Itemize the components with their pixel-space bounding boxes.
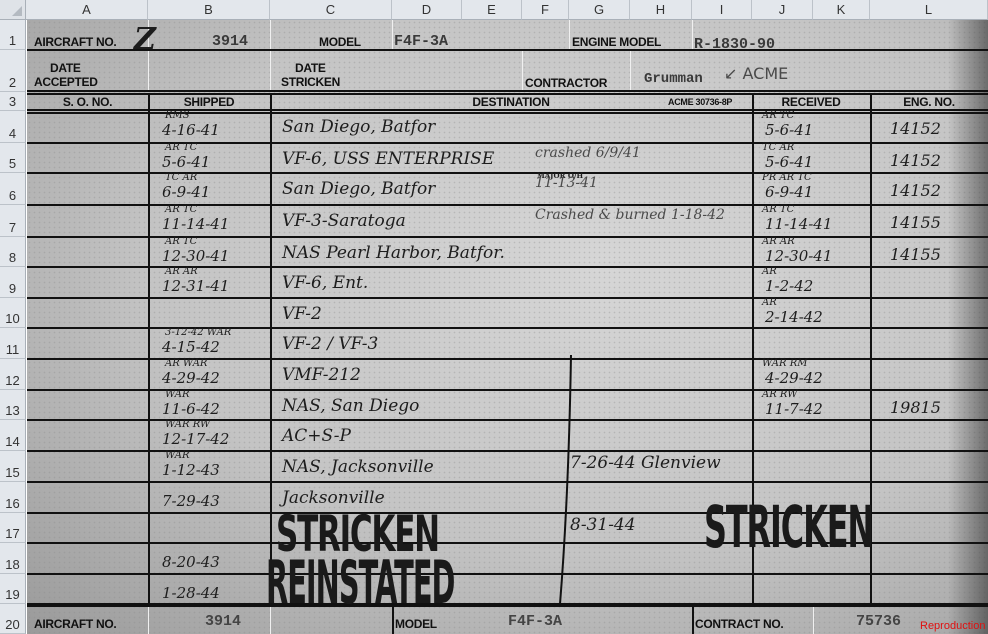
aircraft-no-value: 3914 — [212, 33, 248, 50]
row-header-19[interactable]: 19 — [0, 574, 26, 604]
shipped-date: 1-12-43 — [162, 461, 220, 479]
destination-text: NAS Pearl Harbor, Batfor. — [282, 243, 505, 263]
received-date: 2-14-42 — [765, 308, 823, 326]
destination-text: VMF-212 — [282, 365, 361, 385]
gridline — [522, 50, 523, 92]
received-annotation: AR AR — [762, 236, 795, 247]
column-header-c[interactable]: C — [270, 0, 392, 20]
row-header-6[interactable]: 6 — [0, 173, 26, 205]
column-header-d[interactable]: D — [392, 0, 462, 20]
border-line — [27, 297, 988, 299]
col-received: RECEIVED — [752, 95, 870, 109]
row-header-8[interactable]: 8 — [0, 237, 26, 267]
received-annotation: AR — [762, 266, 777, 277]
received-date: 4-29-42 — [765, 369, 823, 387]
border-line — [148, 93, 150, 604]
border-line — [27, 573, 988, 575]
footer-aircraft-no-label: AIRCRAFT NO. — [34, 617, 116, 631]
col-shipped: SHIPPED — [148, 95, 270, 109]
shipped-date: 4-16-41 — [162, 121, 220, 139]
select-all-corner[interactable] — [0, 0, 26, 20]
reinstated-stamp: REINSTATED — [266, 548, 455, 618]
aircraft-no-mark: Z — [134, 22, 156, 57]
shipped-date: 4-29-42 — [162, 369, 220, 387]
row-header-5[interactable]: 5 — [0, 143, 26, 173]
shipped-annotation: TC AR — [165, 172, 197, 183]
engine-number: 14152 — [890, 119, 941, 138]
border-line — [27, 481, 988, 483]
destination-text: VF-2 / VF-3 — [282, 334, 378, 354]
destination-text: VF-6, USS ENTERPRISE — [282, 149, 494, 169]
destination-note: 8-31-44 — [570, 515, 636, 535]
contractor-note: ↙ ACME — [724, 64, 788, 83]
footer-model-label: MODEL — [395, 617, 437, 631]
col-so-no: S. O. NO. — [27, 95, 148, 109]
engine-number: 14152 — [890, 181, 941, 200]
row-header-17[interactable]: 17 — [0, 513, 26, 543]
column-header-f[interactable]: F — [522, 0, 569, 20]
destination-note: 7-26-44 Glenview — [570, 453, 721, 473]
received-date: 12-30-41 — [765, 247, 832, 265]
gridline — [569, 20, 570, 50]
shipped-annotation: AR AR — [165, 266, 198, 277]
row-header-20[interactable]: 20 — [0, 604, 26, 634]
shipped-annotation: AR TC — [165, 204, 197, 215]
shipped-date: 11-14-41 — [162, 215, 229, 233]
engine-model-value: R-1830-90 — [694, 36, 775, 53]
engine-model-label: ENGINE MODEL — [572, 35, 661, 49]
received-annotation: AR TC — [762, 204, 794, 215]
received-date: 6-9-41 — [765, 183, 813, 201]
shipped-annotation: WAR — [165, 450, 190, 461]
model-label: MODEL — [319, 35, 361, 49]
row-header-4[interactable]: 4 — [0, 111, 26, 143]
row-header-18[interactable]: 18 — [0, 543, 26, 574]
shipped-date: 12-31-41 — [162, 277, 229, 295]
row-header-15[interactable]: 15 — [0, 451, 26, 482]
received-date: 5-6-41 — [765, 153, 813, 171]
destination-text: NAS, Jacksonville — [282, 457, 434, 477]
destination-note: 11-13-41 — [535, 175, 598, 191]
received-annotation: TC AR — [762, 142, 794, 153]
aircraft-no-label: AIRCRAFT NO. — [34, 35, 116, 49]
gridline — [813, 605, 814, 634]
column-header-l[interactable]: L — [870, 0, 988, 20]
gridline — [270, 20, 271, 92]
footer-contract-no-label: CONTRACT NO. — [695, 617, 783, 631]
column-header-i[interactable]: I — [692, 0, 752, 20]
date-accepted-label-line1: DATE — [50, 61, 81, 75]
engine-number: 14155 — [890, 245, 941, 264]
received-annotation: WAR RM — [762, 358, 807, 369]
destination-text: San Diego, Batfor — [282, 117, 435, 137]
destination-text: VF-6, Ent. — [282, 273, 368, 293]
received-annotation: AR RW — [762, 389, 798, 400]
footer-model-value: F4F-3A — [508, 613, 562, 630]
shipped-date: 12-17-42 — [162, 430, 229, 448]
shipped-date: 8-20-43 — [162, 553, 220, 571]
shipped-date: 1-28-44 — [162, 584, 220, 602]
footer-aircraft-no-value: 3914 — [205, 613, 241, 630]
col-eng-no: ENG. NO. — [870, 95, 988, 109]
row-header-2[interactable]: 2 — [0, 50, 26, 92]
destination-text: NAS, San Diego — [282, 396, 419, 416]
shipped-date: 5-6-41 — [162, 153, 210, 171]
shipped-date: 6-9-41 — [162, 183, 210, 201]
contractor-label: CONTRACTOR — [525, 76, 607, 90]
shipped-date: 7-29-43 — [162, 492, 220, 510]
engine-number: 19815 — [890, 398, 941, 417]
column-header-h[interactable]: H — [630, 0, 692, 20]
received-annotation: PR AR TC — [762, 172, 812, 183]
received-date: 5-6-41 — [765, 121, 813, 139]
engine-number: 14155 — [890, 213, 941, 232]
column-header-g[interactable]: G — [569, 0, 630, 20]
model-value: F4F-3A — [394, 33, 448, 50]
received-date: 1-2-42 — [765, 277, 813, 295]
shipped-date: 4-15-42 — [162, 338, 220, 356]
row-header-1[interactable]: 1 — [0, 20, 26, 50]
form-code: ACME 30736-8P — [668, 97, 732, 107]
shipped-annotation: AR TC — [165, 142, 197, 153]
column-header-a[interactable]: A — [26, 0, 148, 20]
border-line — [692, 605, 694, 634]
received-date: 11-14-41 — [765, 215, 832, 233]
row-header-14[interactable]: 14 — [0, 420, 26, 451]
destination-note: crashed 6/9/41 — [535, 145, 641, 161]
stricken-stamp-right: STRICKEN — [704, 493, 873, 561]
column-header-j[interactable]: J — [752, 0, 813, 20]
received-annotation: AR — [762, 297, 777, 308]
shipped-annotation: WAR — [165, 389, 190, 400]
reproduction-watermark: Reproduction — [920, 620, 985, 632]
shipped-annotation: 3-12-42 WAR — [165, 327, 231, 338]
shipped-date: 11-6-42 — [162, 400, 220, 418]
shipped-annotation: WAR RW — [165, 419, 210, 430]
handwritten-divider — [540, 355, 580, 605]
gridline — [630, 50, 631, 92]
engine-number: 14152 — [890, 151, 941, 170]
contractor-value: Grumman — [644, 71, 703, 87]
footer-contract-no-value: 75736 — [856, 613, 901, 630]
shipped-annotation: AR TC — [165, 236, 197, 247]
gridline — [392, 20, 393, 50]
shipped-annotation: AR WAR — [165, 358, 207, 369]
date-accepted-label-line2: ACCEPTED — [34, 75, 98, 89]
date-stricken-label-line2: STRICKEN — [281, 75, 340, 89]
border-line — [27, 90, 988, 92]
row-header-11[interactable]: 11 — [0, 328, 26, 359]
border-line — [27, 605, 988, 607]
column-header-b[interactable]: B — [148, 0, 270, 20]
row-header-9[interactable]: 9 — [0, 267, 26, 298]
shipped-date: 12-30-41 — [162, 247, 229, 265]
date-stricken-label-line1: DATE — [295, 61, 326, 75]
row-header-7[interactable]: 7 — [0, 205, 26, 237]
border-line — [270, 93, 272, 604]
received-annotation: AR TC — [762, 110, 794, 121]
shipped-annotation: RMS — [165, 110, 190, 121]
gridline — [692, 20, 693, 50]
row-header-13[interactable]: 13 — [0, 390, 26, 420]
row-header-3[interactable]: 3 — [0, 92, 26, 111]
received-date: 11-7-42 — [765, 400, 823, 418]
row-header-16[interactable]: 16 — [0, 482, 26, 513]
destination-note: Crashed & burned 1-18-42 — [535, 207, 725, 223]
row-header-12[interactable]: 12 — [0, 359, 26, 390]
border-line — [27, 49, 988, 51]
column-header-k[interactable]: K — [813, 0, 870, 20]
destination-text: VF-3-Saratoga — [282, 211, 406, 231]
column-header-e[interactable]: E — [462, 0, 522, 20]
row-header-10[interactable]: 10 — [0, 298, 26, 328]
gridline — [148, 605, 149, 634]
destination-text: San Diego, Batfor — [282, 179, 435, 199]
destination-text: VF-2 — [282, 304, 322, 324]
destination-text: AC+S-P — [282, 426, 351, 446]
